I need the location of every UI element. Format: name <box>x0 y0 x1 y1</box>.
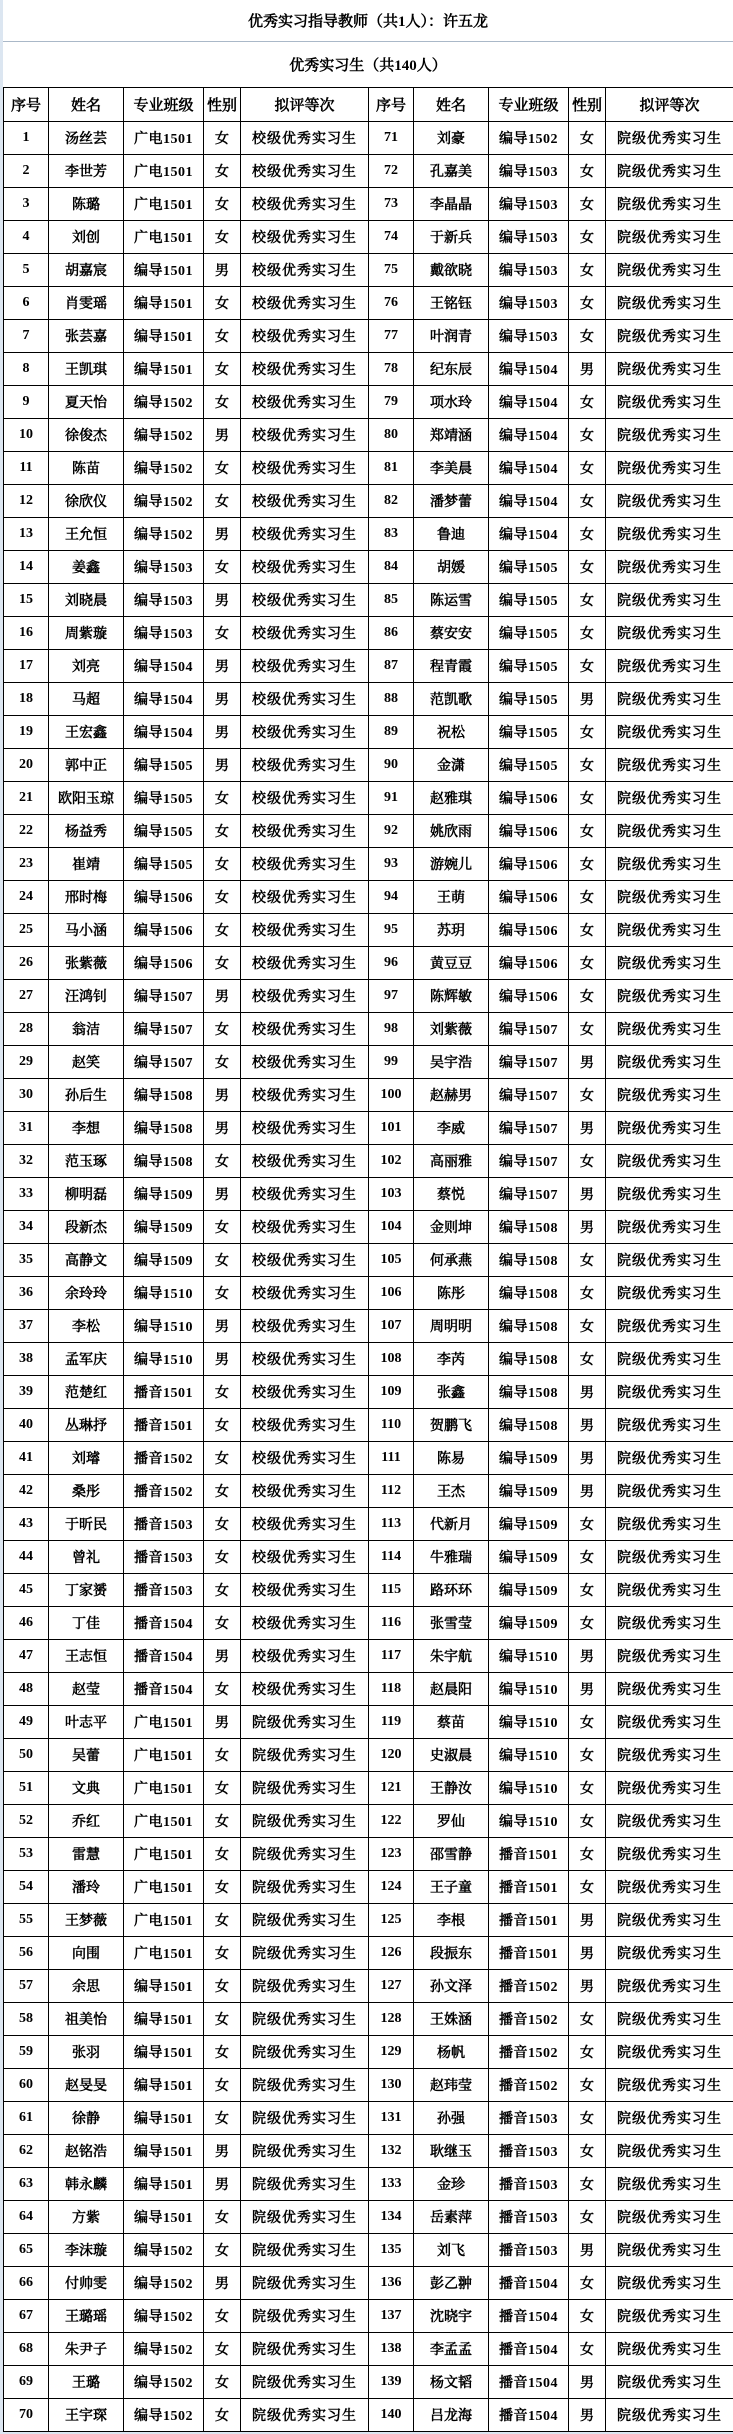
grade-cell: 院级优秀实习生 <box>606 2234 733 2267</box>
row-no-cell: 107 <box>369 1310 414 1343</box>
class-cell: 播音1502 <box>124 1442 204 1475</box>
gender-cell: 女 <box>569 650 606 683</box>
name-cell: 蔡苗 <box>414 1706 489 1739</box>
table-row: 69 王璐 编导1502 女 院级优秀实习生 139 杨文韬 播音1504 男 … <box>4 2366 733 2399</box>
name-cell: 纪东辰 <box>414 353 489 386</box>
col-header-grade: 拟评等次 <box>606 88 733 122</box>
grade-cell: 校级优秀实习生 <box>241 419 369 452</box>
class-cell: 播音1502 <box>124 1475 204 1508</box>
table-row: 58 祖美怡 编导1501 女 院级优秀实习生 128 王姝涵 播音1502 女… <box>4 2003 733 2036</box>
grade-cell: 院级优秀实习生 <box>606 2333 733 2366</box>
class-cell: 播音1503 <box>489 2102 569 2135</box>
table-row: 46 丁佳 播音1504 女 校级优秀实习生 116 张雪莹 编导1509 女 … <box>4 1607 733 1640</box>
grade-cell: 院级优秀实习生 <box>606 1145 733 1178</box>
row-no-cell: 31 <box>4 1112 49 1145</box>
name-cell: 陈运雪 <box>414 584 489 617</box>
class-cell: 编导1504 <box>489 518 569 551</box>
class-cell: 播音1501 <box>124 1376 204 1409</box>
gender-cell: 女 <box>569 1574 606 1607</box>
class-cell: 编导1504 <box>489 419 569 452</box>
class-cell: 播音1502 <box>489 2003 569 2036</box>
class-cell: 编导1505 <box>489 617 569 650</box>
gender-cell: 女 <box>569 1706 606 1739</box>
gender-cell: 女 <box>569 2300 606 2333</box>
gender-cell: 男 <box>204 419 241 452</box>
row-no-cell: 38 <box>4 1343 49 1376</box>
gender-cell: 女 <box>204 287 241 320</box>
grade-cell: 院级优秀实习生 <box>241 1904 369 1937</box>
gender-cell: 女 <box>204 947 241 980</box>
class-cell: 编导1509 <box>489 1541 569 1574</box>
table-row: 70 王宇琛 编导1502 女 院级优秀实习生 140 吕龙海 播音1504 男… <box>4 2399 733 2432</box>
name-cell: 肖雯瑶 <box>49 287 124 320</box>
gender-cell: 女 <box>204 2003 241 2036</box>
name-cell: 孙文泽 <box>414 1970 489 2003</box>
row-no-cell: 59 <box>4 2036 49 2069</box>
row-no-cell: 47 <box>4 1640 49 1673</box>
row-no-cell: 58 <box>4 2003 49 2036</box>
class-cell: 编导1509 <box>489 1442 569 1475</box>
grade-cell: 院级优秀实习生 <box>606 1046 733 1079</box>
table-row: 30 孙后生 编导1508 男 校级优秀实习生 100 赵赫男 编导1507 女… <box>4 1079 733 1112</box>
row-no-cell: 62 <box>4 2135 49 2168</box>
gender-cell: 女 <box>569 452 606 485</box>
name-cell: 吴宇浩 <box>414 1046 489 1079</box>
table-row: 26 张紫薇 编导1506 女 校级优秀实习生 96 黄豆豆 编导1506 女 … <box>4 947 733 980</box>
table-row: 60 赵旻旻 编导1501 女 院级优秀实习生 130 赵玮莹 播音1502 女… <box>4 2069 733 2102</box>
students-table: 序号 姓名 专业班级 性别 拟评等次 序号 姓名 专业班级 性别 拟评等次 1 … <box>3 87 733 2432</box>
name-cell: 周紫璇 <box>49 617 124 650</box>
name-cell: 韩永麟 <box>49 2168 124 2201</box>
grade-cell: 校级优秀实习生 <box>241 1640 369 1673</box>
row-no-cell: 43 <box>4 1508 49 1541</box>
class-cell: 广电1501 <box>124 1838 204 1871</box>
class-cell: 编导1505 <box>124 749 204 782</box>
row-no-cell: 95 <box>369 914 414 947</box>
table-row: 63 韩永麟 编导1501 男 院级优秀实习生 133 金珍 播音1503 女 … <box>4 2168 733 2201</box>
row-no-cell: 93 <box>369 848 414 881</box>
class-cell: 编导1502 <box>124 2333 204 2366</box>
gender-cell: 女 <box>204 155 241 188</box>
name-cell: 于新兵 <box>414 221 489 254</box>
name-cell: 金潇 <box>414 749 489 782</box>
gender-cell: 女 <box>569 2267 606 2300</box>
gender-cell: 女 <box>204 188 241 221</box>
class-cell: 编导1502 <box>489 122 569 155</box>
class-cell: 编导1509 <box>124 1211 204 1244</box>
name-cell: 蔡安安 <box>414 617 489 650</box>
class-cell: 编导1505 <box>489 716 569 749</box>
gender-cell: 女 <box>204 1046 241 1079</box>
table-row: 22 杨益秀 编导1505 女 校级优秀实习生 92 姚欣雨 编导1506 女 … <box>4 815 733 848</box>
grade-cell: 院级优秀实习生 <box>606 2399 733 2432</box>
row-no-cell: 74 <box>369 221 414 254</box>
gender-cell: 女 <box>204 2333 241 2366</box>
gender-cell: 女 <box>204 452 241 485</box>
class-cell: 编导1505 <box>489 551 569 584</box>
table-row: 24 邢时梅 编导1506 女 校级优秀实习生 94 王萌 编导1506 女 院… <box>4 881 733 914</box>
name-cell: 段振东 <box>414 1937 489 1970</box>
name-cell: 吴蕾 <box>49 1739 124 1772</box>
table-row: 62 赵铭浩 编导1501 男 院级优秀实习生 132 耿继玉 播音1503 女… <box>4 2135 733 2168</box>
name-cell: 蔡悦 <box>414 1178 489 1211</box>
name-cell: 彭乙翀 <box>414 2267 489 2300</box>
grade-cell: 院级优秀实习生 <box>606 881 733 914</box>
grade-cell: 校级优秀实习生 <box>241 518 369 551</box>
class-cell: 编导1509 <box>489 1574 569 1607</box>
name-cell: 赵铭浩 <box>49 2135 124 2168</box>
class-cell: 编导1501 <box>124 353 204 386</box>
grade-cell: 院级优秀实习生 <box>606 617 733 650</box>
name-cell: 郭中正 <box>49 749 124 782</box>
gender-cell: 女 <box>204 1739 241 1772</box>
grade-cell: 院级优秀实习生 <box>606 1277 733 1310</box>
grade-cell: 院级优秀实习生 <box>606 1079 733 1112</box>
class-cell: 播音1504 <box>489 2267 569 2300</box>
name-cell: 张芸嘉 <box>49 320 124 353</box>
table-row: 6 肖雯瑶 编导1501 女 校级优秀实习生 76 王铭钰 编导1503 女 院… <box>4 287 733 320</box>
name-cell: 王璐瑶 <box>49 2300 124 2333</box>
name-cell: 汤丝芸 <box>49 122 124 155</box>
gender-cell: 女 <box>569 881 606 914</box>
name-cell: 金珍 <box>414 2168 489 2201</box>
name-cell: 付帅雯 <box>49 2267 124 2300</box>
row-no-cell: 80 <box>369 419 414 452</box>
name-cell: 于昕民 <box>49 1508 124 1541</box>
class-cell: 编导1510 <box>124 1277 204 1310</box>
row-no-cell: 22 <box>4 815 49 848</box>
row-no-cell: 87 <box>369 650 414 683</box>
class-cell: 编导1504 <box>124 683 204 716</box>
class-cell: 广电1501 <box>124 1904 204 1937</box>
gender-cell: 女 <box>204 2102 241 2135</box>
row-no-cell: 114 <box>369 1541 414 1574</box>
row-no-cell: 111 <box>369 1442 414 1475</box>
grade-cell: 校级优秀实习生 <box>241 1376 369 1409</box>
grade-cell: 院级优秀实习生 <box>241 2234 369 2267</box>
name-cell: 桑彤 <box>49 1475 124 1508</box>
name-cell: 张雪莹 <box>414 1607 489 1640</box>
class-cell: 播音1501 <box>489 1904 569 1937</box>
gender-cell: 女 <box>569 518 606 551</box>
gender-cell: 男 <box>569 1376 606 1409</box>
name-cell: 陈苗 <box>49 452 124 485</box>
table-row: 55 王梦薇 广电1501 女 院级优秀实习生 125 李根 播音1501 男 … <box>4 1904 733 1937</box>
table-row: 1 汤丝芸 广电1501 女 校级优秀实习生 71 刘豪 编导1502 女 院级… <box>4 122 733 155</box>
grade-cell: 校级优秀实习生 <box>241 1574 369 1607</box>
gender-cell: 男 <box>569 1904 606 1937</box>
row-no-cell: 128 <box>369 2003 414 2036</box>
gender-cell: 男 <box>204 749 241 782</box>
class-cell: 编导1509 <box>489 1508 569 1541</box>
grade-cell: 院级优秀实习生 <box>606 452 733 485</box>
row-no-cell: 36 <box>4 1277 49 1310</box>
gender-cell: 男 <box>569 1442 606 1475</box>
row-no-cell: 55 <box>4 1904 49 1937</box>
gender-cell: 男 <box>204 254 241 287</box>
gender-cell: 女 <box>204 1607 241 1640</box>
name-cell: 陈彤 <box>414 1277 489 1310</box>
grade-cell: 校级优秀实习生 <box>241 1211 369 1244</box>
gender-cell: 女 <box>569 1508 606 1541</box>
grade-cell: 院级优秀实习生 <box>606 1739 733 1772</box>
class-cell: 编导1509 <box>124 1178 204 1211</box>
class-cell: 播音1504 <box>124 1640 204 1673</box>
gender-cell: 女 <box>569 419 606 452</box>
class-cell: 广电1501 <box>124 1805 204 1838</box>
gender-cell: 男 <box>204 980 241 1013</box>
grade-cell: 院级优秀实习生 <box>241 1805 369 1838</box>
table-row: 5 胡嘉宸 编导1501 男 校级优秀实习生 75 戴欲晓 编导1503 女 院… <box>4 254 733 287</box>
name-cell: 陈辉敏 <box>414 980 489 1013</box>
table-row: 33 柳明磊 编导1509 男 校级优秀实习生 103 蔡悦 编导1507 男 … <box>4 1178 733 1211</box>
row-no-cell: 92 <box>369 815 414 848</box>
row-no-cell: 14 <box>4 551 49 584</box>
class-cell: 广电1501 <box>124 1937 204 1970</box>
row-no-cell: 35 <box>4 1244 49 1277</box>
grade-cell: 校级优秀实习生 <box>241 1079 369 1112</box>
name-cell: 王志恒 <box>49 1640 124 1673</box>
name-cell: 王杰 <box>414 1475 489 1508</box>
gender-cell: 男 <box>569 1640 606 1673</box>
row-no-cell: 13 <box>4 518 49 551</box>
gender-cell: 女 <box>204 1145 241 1178</box>
row-no-cell: 139 <box>369 2366 414 2399</box>
table-row: 49 叶志平 广电1501 男 院级优秀实习生 119 蔡苗 编导1510 女 … <box>4 1706 733 1739</box>
gender-cell: 女 <box>569 584 606 617</box>
name-cell: 曾礼 <box>49 1541 124 1574</box>
row-no-cell: 33 <box>4 1178 49 1211</box>
row-no-cell: 44 <box>4 1541 49 1574</box>
gender-cell: 男 <box>204 584 241 617</box>
table-row: 20 郭中正 编导1505 男 校级优秀实习生 90 金潇 编导1505 女 院… <box>4 749 733 782</box>
gender-cell: 男 <box>569 353 606 386</box>
row-no-cell: 40 <box>4 1409 49 1442</box>
class-cell: 编导1503 <box>489 188 569 221</box>
name-cell: 朱宇航 <box>414 1640 489 1673</box>
table-row: 16 周紫璇 编导1503 女 校级优秀实习生 86 蔡安安 编导1505 女 … <box>4 617 733 650</box>
row-no-cell: 65 <box>4 2234 49 2267</box>
class-cell: 播音1501 <box>124 1409 204 1442</box>
class-cell: 编导1506 <box>124 914 204 947</box>
grade-cell: 院级优秀实习生 <box>606 2267 733 2300</box>
class-cell: 编导1502 <box>124 386 204 419</box>
row-no-cell: 99 <box>369 1046 414 1079</box>
grade-cell: 校级优秀实习生 <box>241 1541 369 1574</box>
table-row: 15 刘晓晨 编导1503 男 校级优秀实习生 85 陈运雪 编导1505 女 … <box>4 584 733 617</box>
name-cell: 孔嘉美 <box>414 155 489 188</box>
class-cell: 编导1510 <box>489 1739 569 1772</box>
row-no-cell: 91 <box>369 782 414 815</box>
row-no-cell: 83 <box>369 518 414 551</box>
row-no-cell: 103 <box>369 1178 414 1211</box>
name-cell: 范楚红 <box>49 1376 124 1409</box>
students-tbody: 1 汤丝芸 广电1501 女 校级优秀实习生 71 刘豪 编导1502 女 院级… <box>4 122 733 2432</box>
row-no-cell: 121 <box>369 1772 414 1805</box>
table-row: 56 向围 广电1501 女 院级优秀实习生 126 段振东 播音1501 男 … <box>4 1937 733 1970</box>
class-cell: 编导1501 <box>124 2201 204 2234</box>
gender-cell: 男 <box>204 518 241 551</box>
row-no-cell: 63 <box>4 2168 49 2201</box>
table-row: 29 赵笑 编导1507 女 校级优秀实习生 99 吴宇浩 编导1507 男 院… <box>4 1046 733 1079</box>
row-no-cell: 85 <box>369 584 414 617</box>
grade-cell: 院级优秀实习生 <box>606 2102 733 2135</box>
row-no-cell: 127 <box>369 1970 414 2003</box>
table-row: 34 段新杰 编导1509 女 校级优秀实习生 104 金则坤 编导1508 男… <box>4 1211 733 1244</box>
class-cell: 播音1502 <box>489 2069 569 2102</box>
class-cell: 编导1509 <box>124 1244 204 1277</box>
gender-cell: 男 <box>569 1211 606 1244</box>
gender-cell: 男 <box>204 1079 241 1112</box>
row-no-cell: 133 <box>369 2168 414 2201</box>
gender-cell: 女 <box>569 155 606 188</box>
class-cell: 编导1510 <box>489 1640 569 1673</box>
name-cell: 耿继玉 <box>414 2135 489 2168</box>
row-no-cell: 79 <box>369 386 414 419</box>
class-cell: 编导1506 <box>489 914 569 947</box>
gender-cell: 女 <box>569 485 606 518</box>
row-no-cell: 72 <box>369 155 414 188</box>
gender-cell: 女 <box>569 2003 606 2036</box>
name-cell: 陈易 <box>414 1442 489 1475</box>
table-row: 21 欧阳玉琼 编导1505 女 校级优秀实习生 91 赵雅琪 编导1506 女… <box>4 782 733 815</box>
gender-cell: 女 <box>569 1277 606 1310</box>
col-header-gender: 性别 <box>204 88 241 122</box>
table-row: 68 朱尹子 编导1502 女 院级优秀实习生 138 李孟孟 播音1504 女… <box>4 2333 733 2366</box>
table-row: 64 方紫 编导1501 女 院级优秀实习生 134 岳素萍 播音1503 女 … <box>4 2201 733 2234</box>
grade-cell: 校级优秀实习生 <box>241 1277 369 1310</box>
row-no-cell: 23 <box>4 848 49 881</box>
gender-cell: 女 <box>569 2036 606 2069</box>
class-cell: 编导1504 <box>489 452 569 485</box>
grade-cell: 校级优秀实习生 <box>241 452 369 485</box>
row-no-cell: 71 <box>369 122 414 155</box>
row-no-cell: 49 <box>4 1706 49 1739</box>
gender-cell: 女 <box>569 848 606 881</box>
gender-cell: 女 <box>204 1013 241 1046</box>
students-title: 优秀实习生（共140人） <box>3 42 733 87</box>
grade-cell: 院级优秀实习生 <box>606 1673 733 1706</box>
grade-cell: 院级优秀实习生 <box>606 1508 733 1541</box>
gender-cell: 女 <box>204 1409 241 1442</box>
gender-cell: 女 <box>204 2300 241 2333</box>
class-cell: 编导1502 <box>124 2300 204 2333</box>
gender-cell: 女 <box>204 815 241 848</box>
table-row: 4 刘创 广电1501 女 校级优秀实习生 74 于新兵 编导1503 女 院级… <box>4 221 733 254</box>
table-row: 7 张芸嘉 编导1501 女 校级优秀实习生 77 叶润青 编导1503 女 院… <box>4 320 733 353</box>
gender-cell: 女 <box>569 2168 606 2201</box>
grade-cell: 校级优秀实习生 <box>241 716 369 749</box>
grade-cell: 校级优秀实习生 <box>241 1145 369 1178</box>
gender-cell: 女 <box>204 2201 241 2234</box>
grade-cell: 院级优秀实习生 <box>606 1838 733 1871</box>
grade-cell: 校级优秀实习生 <box>241 980 369 1013</box>
gender-cell: 女 <box>569 1607 606 1640</box>
class-cell: 播音1503 <box>489 2234 569 2267</box>
row-no-cell: 26 <box>4 947 49 980</box>
row-no-cell: 81 <box>369 452 414 485</box>
grade-cell: 院级优秀实习生 <box>606 2036 733 2069</box>
name-cell: 苏玥 <box>414 914 489 947</box>
gender-cell: 女 <box>569 1013 606 1046</box>
row-no-cell: 30 <box>4 1079 49 1112</box>
name-cell: 赵笑 <box>49 1046 124 1079</box>
name-cell: 刘飞 <box>414 2234 489 2267</box>
gender-cell: 女 <box>204 1772 241 1805</box>
row-no-cell: 109 <box>369 1376 414 1409</box>
name-cell: 孟军庆 <box>49 1343 124 1376</box>
row-no-cell: 53 <box>4 1838 49 1871</box>
name-cell: 沈晓宇 <box>414 2300 489 2333</box>
table-row: 10 徐俊杰 编导1502 男 校级优秀实习生 80 郑靖涵 编导1504 女 … <box>4 419 733 452</box>
name-cell: 周明明 <box>414 1310 489 1343</box>
name-cell: 祝松 <box>414 716 489 749</box>
gender-cell: 女 <box>204 2366 241 2399</box>
gender-cell: 女 <box>204 1838 241 1871</box>
row-no-cell: 134 <box>369 2201 414 2234</box>
class-cell: 广电1501 <box>124 221 204 254</box>
class-cell: 播音1503 <box>489 2201 569 2234</box>
table-row: 40 丛琳抒 播音1501 女 校级优秀实习生 110 贺鹏飞 编导1508 男… <box>4 1409 733 1442</box>
gender-cell: 女 <box>569 188 606 221</box>
gender-cell: 女 <box>569 1145 606 1178</box>
name-cell: 张羽 <box>49 2036 124 2069</box>
name-cell: 徐欣仪 <box>49 485 124 518</box>
row-no-cell: 21 <box>4 782 49 815</box>
class-cell: 编导1503 <box>124 584 204 617</box>
name-cell: 刘晓晨 <box>49 584 124 617</box>
gender-cell: 女 <box>569 2135 606 2168</box>
grade-cell: 校级优秀实习生 <box>241 947 369 980</box>
name-cell: 丁佳 <box>49 1607 124 1640</box>
name-cell: 姚欣雨 <box>414 815 489 848</box>
name-cell: 王璐 <box>49 2366 124 2399</box>
row-no-cell: 50 <box>4 1739 49 1772</box>
grade-cell: 院级优秀实习生 <box>606 1442 733 1475</box>
class-cell: 编导1502 <box>124 2267 204 2300</box>
row-no-cell: 51 <box>4 1772 49 1805</box>
name-cell: 叶志平 <box>49 1706 124 1739</box>
name-cell: 王萌 <box>414 881 489 914</box>
class-cell: 编导1503 <box>489 287 569 320</box>
name-cell: 马小涵 <box>49 914 124 947</box>
teacher-title: 优秀实习指导教师（共1人）：许五龙 <box>3 0 733 42</box>
grade-cell: 院级优秀实习生 <box>606 914 733 947</box>
name-cell: 罗仙 <box>414 1805 489 1838</box>
gender-cell: 男 <box>204 650 241 683</box>
class-cell: 编导1501 <box>124 2102 204 2135</box>
class-cell: 广电1501 <box>124 188 204 221</box>
name-cell: 高静文 <box>49 1244 124 1277</box>
gender-cell: 女 <box>569 1541 606 1574</box>
grade-cell: 院级优秀实习生 <box>606 254 733 287</box>
row-no-cell: 132 <box>369 2135 414 2168</box>
name-cell: 段新杰 <box>49 1211 124 1244</box>
grade-cell: 院级优秀实习生 <box>606 221 733 254</box>
grade-cell: 院级优秀实习生 <box>606 749 733 782</box>
col-header-name: 姓名 <box>49 88 124 122</box>
table-row: 12 徐欣仪 编导1502 女 校级优秀实习生 82 潘梦蕾 编导1504 女 … <box>4 485 733 518</box>
name-cell: 范玉琢 <box>49 1145 124 1178</box>
gender-cell: 女 <box>569 716 606 749</box>
class-cell: 编导1505 <box>489 683 569 716</box>
row-no-cell: 120 <box>369 1739 414 1772</box>
row-no-cell: 6 <box>4 287 49 320</box>
row-no-cell: 19 <box>4 716 49 749</box>
class-cell: 编导1510 <box>124 1343 204 1376</box>
grade-cell: 校级优秀实习生 <box>241 1244 369 1277</box>
row-no-cell: 122 <box>369 1805 414 1838</box>
